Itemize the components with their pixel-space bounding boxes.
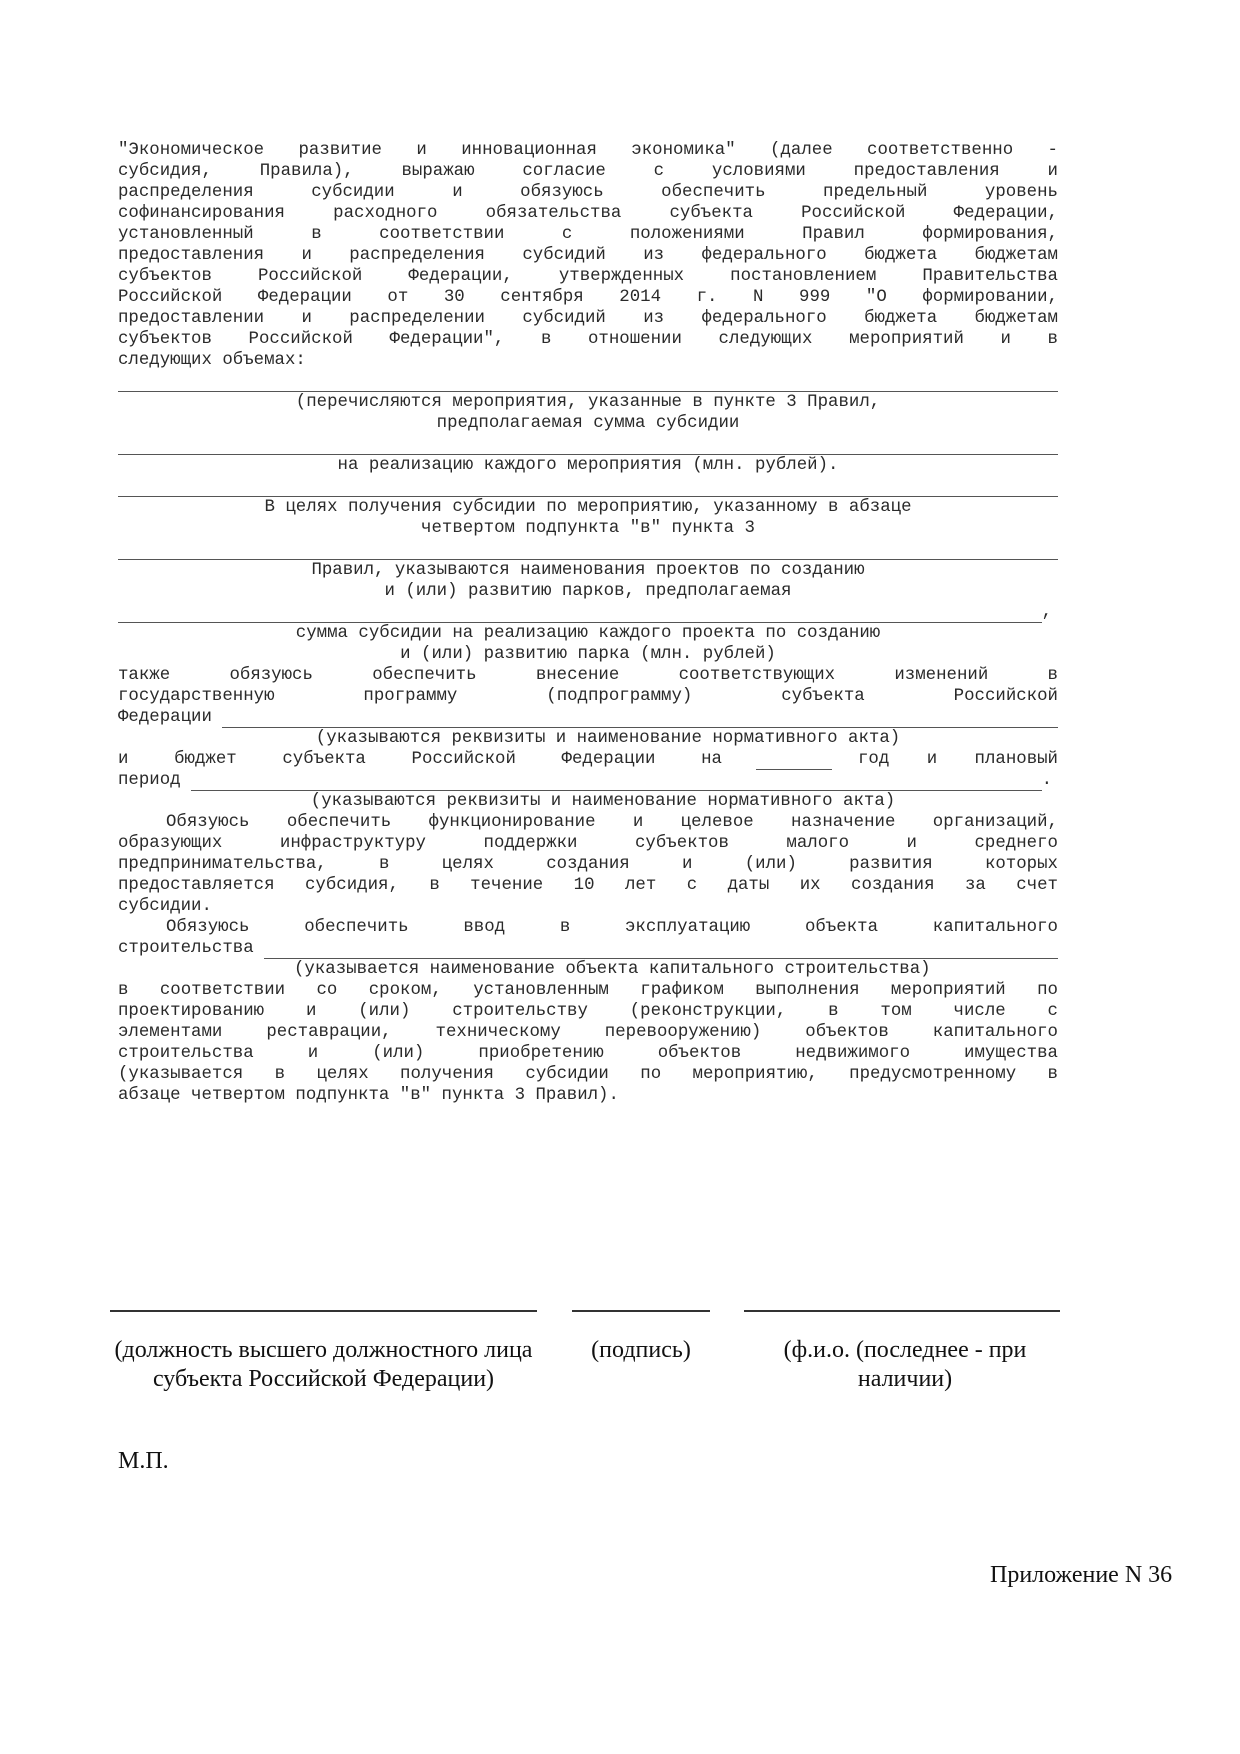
paragraph-functioning-last: субсидии. [118, 896, 1058, 917]
period-end: . [1042, 770, 1052, 791]
text-line: субсидия, Правила), выражаю согласие с у… [118, 161, 1058, 182]
text-line: в соответствии со сроком, установленным … [118, 980, 1058, 1001]
hint-park-sum-2: и (или) развитию парка (млн. рублей) [118, 644, 1058, 665]
text-line: установленный в соответствии с положения… [118, 224, 1058, 245]
budget-line-text: и бюджет субъекта Российской Федерации н… [118, 749, 722, 770]
federation-label: Федерации [118, 707, 212, 728]
fill-line-measures-sum[interactable] [118, 434, 1058, 455]
text-line: предоставляется субсидия, в течение 10 л… [118, 875, 1058, 896]
text-line: субъектов Российской Федерации, утвержде… [118, 266, 1058, 287]
fill-line-period[interactable] [191, 774, 1042, 791]
fill-row-period: период . [118, 770, 1058, 791]
hint-measures-1: (перечисляются мероприятия, указанные в … [118, 392, 1058, 413]
text-line: предоставления и распределения субсидий … [118, 245, 1058, 266]
paragraph-consent: "Экономическое развитие и инновационная … [118, 140, 1058, 350]
signature-block: (должность высшего должностного лица суб… [110, 1310, 1060, 1314]
text-line: предпринимательства, в целях создания и … [118, 854, 1058, 875]
fill-line-parks[interactable] [118, 606, 1042, 623]
fill-line-each-measure[interactable] [118, 476, 1058, 497]
hint-parks-2: и (или) развитию парков, предполагаемая [118, 581, 1058, 602]
text-line: также обязуюсь обеспечить внесение соотв… [118, 665, 1058, 686]
stamp-label: М.П. [118, 1448, 169, 1475]
text-line: "Экономическое развитие и инновационная … [118, 140, 1058, 161]
budget-line: и бюджет субъекта Российской Федерации н… [118, 749, 1058, 770]
appendix-title: Приложение N 36 [990, 1562, 1172, 1589]
text-line: (указывается в целях получения субсидии … [118, 1064, 1058, 1085]
paragraph-program-changes: также обязуюсь обеспечить внесение соотв… [118, 665, 1058, 707]
fill-row-parks: , [118, 602, 1058, 623]
text-line: Российской Федерации от 30 сентября 2014… [118, 287, 1058, 308]
text-line: строительства и (или) приобретению объек… [118, 1043, 1058, 1064]
hint-object: (указывается наименование объекта капита… [118, 959, 1058, 980]
position-caption: (должность высшего должностного лица суб… [110, 1336, 537, 1394]
text-line: проектированию и (или) строительству (ре… [118, 1001, 1058, 1022]
fill-line-measures[interactable] [118, 371, 1058, 392]
construction-label: строительства [118, 938, 254, 959]
text-line: софинансирования расходного обязательств… [118, 203, 1058, 224]
text-line: субъектов Российской Федерации", в отнош… [118, 329, 1058, 350]
paragraph-functioning: Обязуюсь обеспечить функционирование и ц… [118, 812, 1058, 896]
hint-purpose-1: В целях получения субсидии по мероприяти… [118, 497, 1058, 518]
signature-line-name[interactable] [744, 1310, 1060, 1312]
text-line: предоставлении и распределении субсидий … [118, 308, 1058, 329]
fill-line-purpose[interactable] [118, 539, 1058, 560]
hint-act-2: (указываются реквизиты и наименование но… [118, 791, 1058, 812]
text-line: образующих инфраструктуру поддержки субъ… [118, 833, 1058, 854]
hint-measures-2: предполагаемая сумма субсидии [118, 413, 1058, 434]
text-line: распределения субсидии и обязуюсь обеспе… [118, 182, 1058, 203]
fill-line-program-act[interactable] [222, 711, 1058, 728]
text-line: государственную программу (подпрограмму)… [118, 686, 1058, 707]
paragraph-consent-last: следующих объемах: [118, 350, 1058, 371]
fill-row-construction: строительства [118, 938, 1058, 959]
paragraph-commissioning: Обязуюсь обеспечить ввод в эксплуатацию … [118, 917, 1058, 938]
paragraph-schedule-last: абзаце четвертом подпункта "в" пункта 3 … [118, 1085, 1058, 1106]
text-line: элементами реставрации, техническому пер… [118, 1022, 1058, 1043]
fill-year[interactable] [756, 753, 832, 770]
signature-caption: (подпись) [572, 1336, 710, 1365]
hint-each-measure: на реализацию каждого мероприятия (млн. … [118, 455, 1058, 476]
fill-row-federation: Федерации [118, 707, 1058, 728]
hint-parks-1: Правил, указываются наименования проекто… [118, 560, 1058, 581]
hint-park-sum-1: сумма субсидии на реализацию каждого про… [118, 623, 1058, 644]
comma: , [1042, 602, 1052, 623]
paragraph-schedule: в соответствии со сроком, установленным … [118, 980, 1058, 1085]
signature-line-signature[interactable] [572, 1310, 710, 1312]
hint-act: (указываются реквизиты и наименование но… [118, 728, 1058, 749]
signature-line-position[interactable] [110, 1310, 537, 1312]
period-label: период [118, 770, 181, 791]
name-caption: (ф.и.о. (последнее - при наличии) [770, 1336, 1040, 1394]
document-body: "Экономическое развитие и инновационная … [118, 140, 1058, 1106]
fill-line-object[interactable] [264, 942, 1058, 959]
hint-purpose-2: четвертом подпункта "в" пункта 3 [118, 518, 1058, 539]
budget-line-tail: год и плановый [858, 749, 1058, 770]
text-line: Обязуюсь обеспечить функционирование и ц… [118, 812, 1058, 833]
